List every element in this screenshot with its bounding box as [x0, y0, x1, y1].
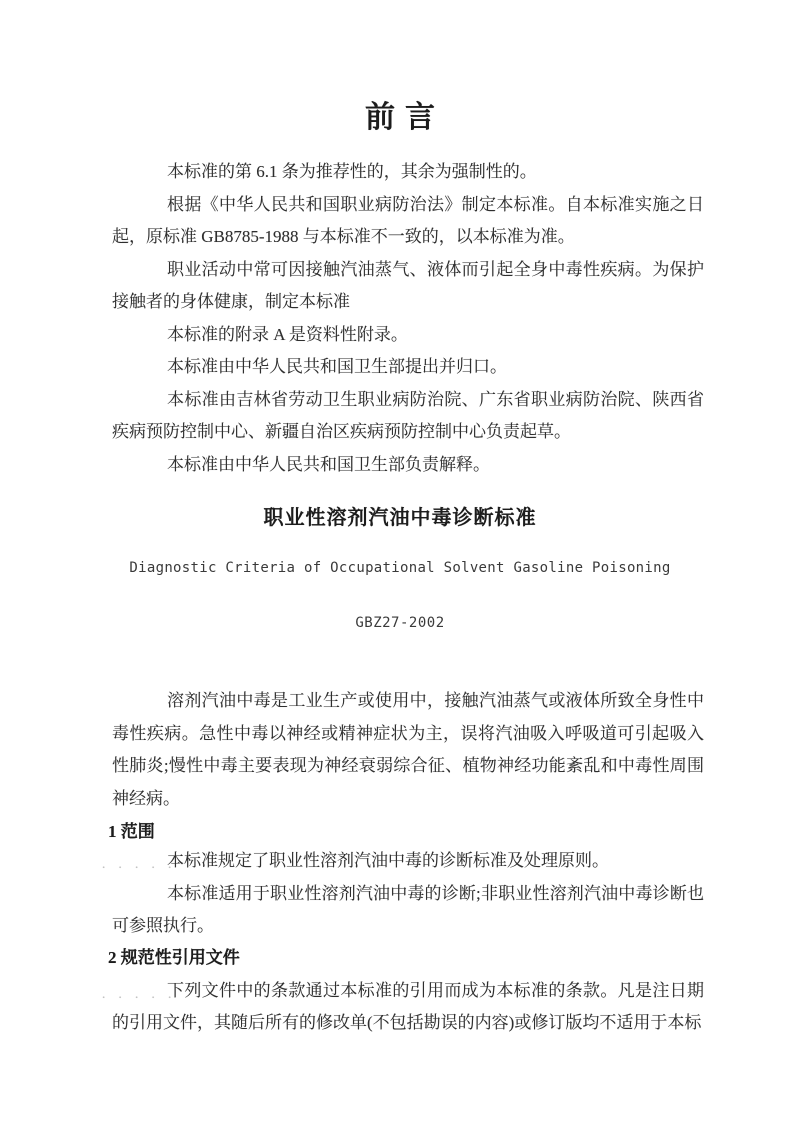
standard-number: GBZ27-2002 [0, 613, 800, 633]
section-1-paragraph: 本标准规定了职业性溶剂汽油中毒的诊断标准及处理原则。 [112, 845, 704, 878]
paragraph-wrapper: . . . . . 本标准规定了职业性溶剂汽油中毒的诊断标准及处理原则。 [112, 845, 704, 878]
foreword-paragraph: 本标准由中华人民共和国卫生部提出并归口。 [112, 351, 704, 384]
scan-artifact-dots: . . . . . [102, 978, 176, 1011]
section-2-paragraph: 下列文件中的条款通过本标准的引用而成为本标准的条款。凡是注日期的引用文件，其随后… [112, 975, 704, 1040]
scan-artifact-dots: . . . . . [102, 848, 176, 881]
section-1-paragraph: 本标准适用于职业性溶剂汽油中毒的诊断;非职业性溶剂汽油中毒诊断也可参照执行。 [112, 878, 704, 943]
introduction-paragraph: 溶剂汽油中毒是工业生产或使用中，接触汽油蒸气或液体所致全身性中毒性疾病。急性中毒… [112, 685, 704, 815]
section-1-body: . . . . . 本标准规定了职业性溶剂汽油中毒的诊断标准及处理原则。 本标准… [112, 845, 704, 943]
paragraph-wrapper: . . . . . 下列文件中的条款通过本标准的引用而成为本标准的条款。凡是注日… [112, 975, 704, 1040]
foreword-paragraph: 职业活动中常可因接触汽油蒸气、液体而引起全身中毒性疾病。为保护接触者的身体健康，… [112, 254, 704, 319]
foreword-paragraph: 根据《中华人民共和国职业病防治法》制定本标准。自本标准实施之日起，原标准 GB8… [112, 189, 704, 254]
foreword-paragraph: 本标准的第 6.1 条为推荐性的，其余为强制性的。 [112, 156, 704, 189]
introduction-body: 溶剂汽油中毒是工业生产或使用中，接触汽油蒸气或液体所致全身性中毒性疾病。急性中毒… [112, 685, 704, 815]
foreword-title: 前言 [0, 100, 800, 136]
section-2-body: . . . . . 下列文件中的条款通过本标准的引用而成为本标准的条款。凡是注日… [112, 975, 704, 1040]
foreword-paragraph: 本标准由中华人民共和国卫生部负责解释。 [112, 449, 704, 482]
foreword-paragraph: 本标准由吉林省劳动卫生职业病防治院、广东省职业病防治院、陕西省疾病预防控制中心、… [112, 384, 704, 449]
section-1-heading: 1 范围 [108, 819, 700, 845]
document-page: 前言 本标准的第 6.1 条为推荐性的，其余为强制性的。 根据《中华人民共和国职… [0, 0, 800, 1133]
document-title-chinese: 职业性溶剂汽油中毒诊断标准 [0, 503, 800, 533]
document-title-english: Diagnostic Criteria of Occupational Solv… [0, 558, 800, 578]
section-2-heading: 2 规范性引用文件 [108, 945, 700, 971]
foreword-paragraph: 本标准的附录 A 是资料性附录。 [112, 319, 704, 352]
foreword-body: 本标准的第 6.1 条为推荐性的，其余为强制性的。 根据《中华人民共和国职业病防… [112, 156, 704, 481]
